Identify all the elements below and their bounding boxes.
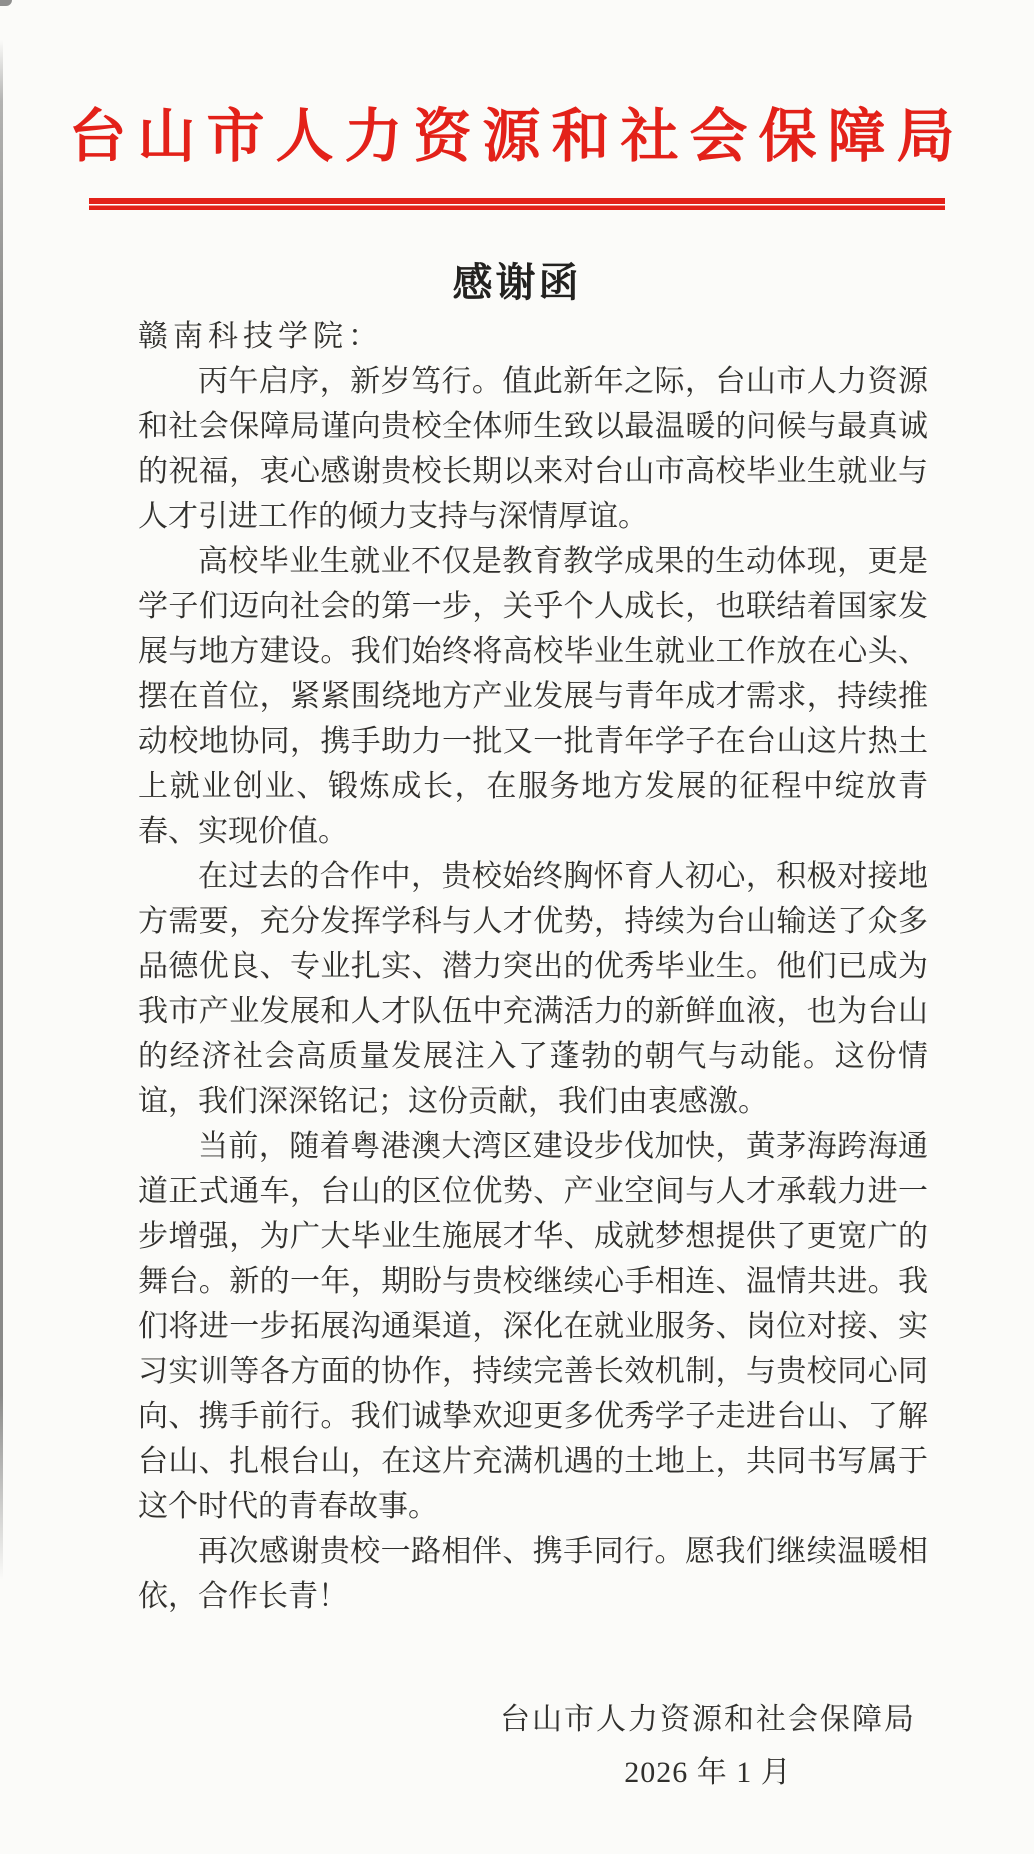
paragraph-5: 再次感谢贵校一路相伴、携手同行。愿我们继续温暖相依，合作长青！: [138, 1529, 928, 1619]
letterhead-org-name: 台山市人力资源和社会保障局: [0, 0, 1034, 171]
letterhead-double-rule: [89, 198, 945, 210]
letter-title: 感谢函: [0, 210, 1034, 306]
signature-block: 台山市人力资源和社会保障局 2026 年 1 月: [500, 1697, 916, 1795]
paragraph-3: 在过去的合作中，贵校始终胸怀育人初心，积极对接地方需要，充分发挥学科与人才优势，…: [138, 854, 928, 1124]
signature-org-name: 台山市人力资源和社会保障局: [500, 1697, 916, 1742]
signature-date: 2026 年 1 月: [500, 1750, 916, 1795]
letterhead: 台山市人力资源和社会保障局: [0, 0, 1034, 210]
paragraph-1: 丙午启序，新岁笃行。值此新年之际，台山市人力资源和社会保障局谨向贵校全体师生致以…: [138, 359, 928, 539]
letter-page: 台山市人力资源和社会保障局 感谢函 赣南科技学院： 丙午启序，新岁笃行。值此新年…: [0, 0, 1034, 1854]
letter-body: 赣南科技学院： 丙午启序，新岁笃行。值此新年之际，台山市人力资源和社会保障局谨向…: [138, 314, 928, 1619]
paragraph-4: 当前，随着粤港澳大湾区建设步伐加快，黄茅海跨海通道正式通车，台山的区位优势、产业…: [138, 1124, 928, 1529]
paragraph-2: 高校毕业生就业不仅是教育教学成果的生动体现，更是学子们迈向社会的第一步，关乎个人…: [138, 539, 928, 854]
salutation: 赣南科技学院：: [138, 314, 928, 359]
